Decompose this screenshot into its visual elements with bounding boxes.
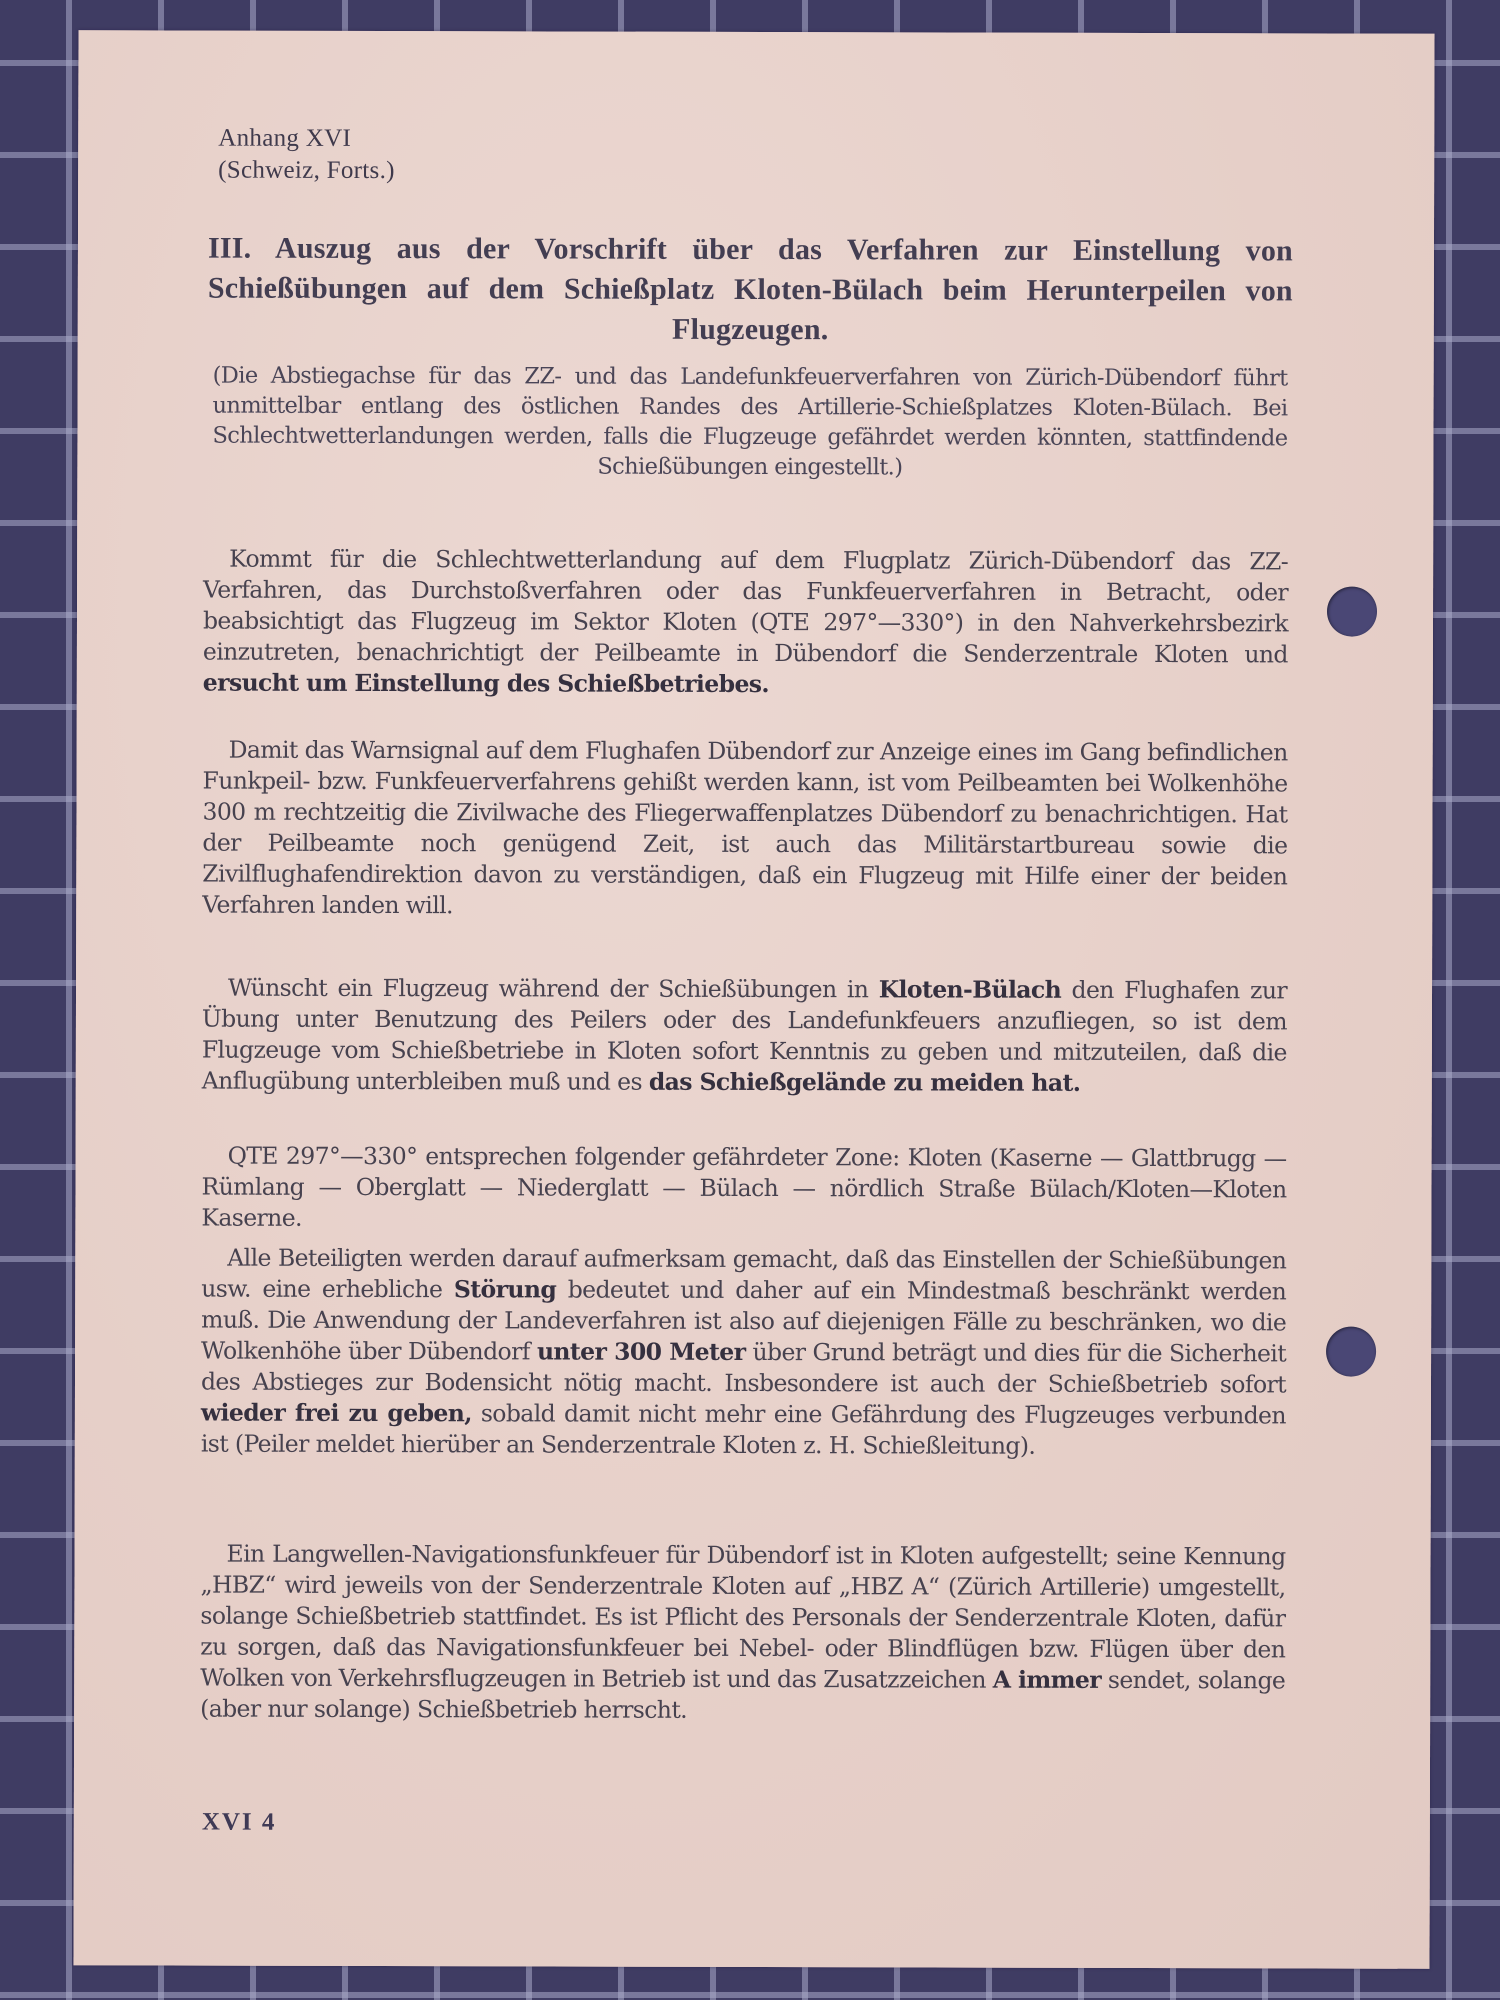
paragraph-1: Kommt für die Schlechtwetterlandung auf … — [203, 544, 1288, 702]
punch-hole-upper — [1327, 586, 1377, 636]
paragraph-text: QTE 297°—330° entsprechen folgender gefä… — [201, 1142, 1286, 1232]
appendix-label: Anhang XVI — [218, 125, 351, 153]
appendix-subtitle: (Schweiz, Forts.) — [218, 157, 395, 185]
punch-hole-lower — [1326, 1326, 1376, 1376]
paragraph-4: QTE 297°—330° entsprechen folgender gefä… — [201, 1141, 1286, 1237]
paragraph-text: Kommt für die Schlechtwetterlandung auf … — [203, 545, 1288, 669]
emphasis-text: unter 300 Meter — [537, 1337, 745, 1366]
emphasis-text: das Schießgelände zu meiden hat. — [649, 1068, 1081, 1097]
paragraph-2: Damit das Warnsignal auf dem Flughafen D… — [202, 735, 1287, 924]
paragraph-3: Wünscht ein Flugzeug während der Schießü… — [202, 973, 1287, 1100]
intro-note: (Die Abstiegachse für das ZZ- und das La… — [212, 361, 1287, 484]
emphasis-text: wieder frei zu geben, — [201, 1399, 472, 1428]
document-page: Anhang XVI (Schweiz, Forts.) III. Auszug… — [73, 30, 1434, 1969]
paragraph-text: Wünscht ein Flugzeug während der Schießü… — [228, 974, 868, 1004]
paragraph-text: Damit das Warnsignal auf dem Flughafen D… — [202, 736, 1287, 920]
emphasis-text: Störung — [454, 1275, 556, 1303]
emphasis-text: ersucht um Einstellung des Schießbetrieb… — [203, 669, 769, 698]
page-number: XVI 4 — [202, 1809, 277, 1837]
paragraph-6: Ein Langwellen-Navigationsfunkfeuer für … — [200, 1539, 1285, 1728]
emphasis-text: A immer — [993, 1666, 1101, 1694]
section-title: III. Auszug aus der Vorschrift über das … — [208, 229, 1293, 352]
emphasis-text: Kloten-Bülach — [879, 975, 1061, 1003]
paragraph-5: Alle Beteiligten werden darauf aufmerksa… — [201, 1243, 1287, 1463]
